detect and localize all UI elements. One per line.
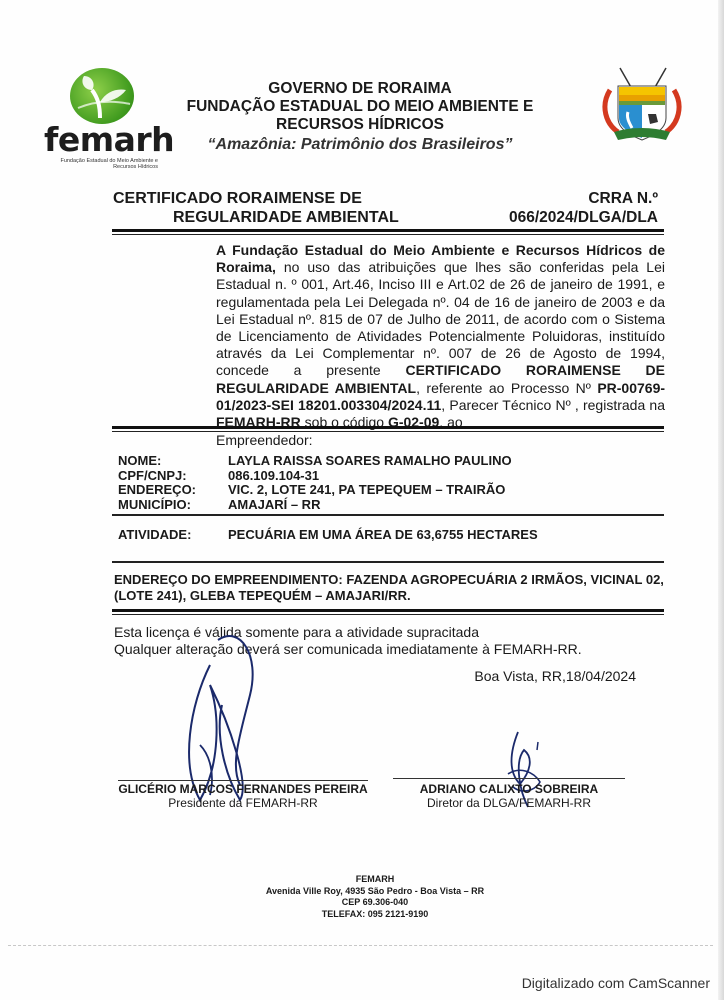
number-label: CRRA N.º [509,189,658,208]
signature-line-president [118,780,368,781]
activity-row: ATIVIDADE: PECUÁRIA EM UMA ÁREA DE 63,67… [118,527,538,542]
certificate-number: CRRA N.º 066/2024/DLGA/DLA [509,189,658,227]
title-divider [112,229,664,232]
field-value: 086.109.104-31 [228,469,319,484]
title-line1: CERTIFICADO RORAIMENSE DE [113,189,399,208]
field-value: LAYLA RAISSA SOARES RAMALHO PAULINO [228,454,512,469]
fields-divider [112,514,664,516]
field-key: NOME: [118,454,228,469]
validity-notice: Esta licença é válida somente para a ati… [114,624,582,658]
place-date: Boa Vista, RR,18/04/2024 [474,668,636,684]
activity-value: PECUÁRIA EM UMA ÁREA DE 63,6755 HECTARES [228,527,538,542]
address-divider [112,609,664,612]
field-row-municipality: MUNICÍPIO: AMAJARÍ – RR [118,498,512,513]
footer-dashed-rule [8,945,713,946]
field-value: AMAJARÍ – RR [228,498,320,513]
footer-phone: TELEFAX: 095 2121-9190 [230,909,520,921]
entrepreneur-label: Empreendedor: [216,432,313,448]
activity-key: ATIVIDADE: [118,527,228,542]
director-name: ADRIANO CALIXTO SOBREIRA [393,782,625,796]
footer-org: FEMARH [230,874,520,886]
logo-wordmark: femarh [44,120,174,159]
foundation-name-line1: FUNDAÇÃO ESTADUAL DO MEIO AMBIENTE E [170,98,550,116]
notice-line1: Esta licença é válida somente para a ati… [114,624,582,641]
entrepreneur-fields: NOME: LAYLA RAISSA SOARES RAMALHO PAULIN… [118,454,512,512]
body-text: , referente ao Processo Nº [416,380,597,396]
footer-cep: CEP 69.306-040 [230,897,520,909]
body-divider [112,426,664,429]
field-row-address: ENDEREÇO: VIC. 2, LOTE 241, PA TEPEQUEM … [118,483,512,498]
president-role: Presidente da FEMARH-RR [118,796,368,810]
slogan: “Amazônia: Patrimônio dos Brasileiros” [170,134,550,156]
camscanner-watermark: Digitalizado com CamScanner [522,975,710,991]
director-role: Diretor da DLGA/FEMARH-RR [393,796,625,810]
footer-contact: FEMARH Avenida Ville Roy, 4935 São Pedro… [230,874,520,920]
field-key: ENDEREÇO: [118,483,228,498]
footer-address: Avenida Ville Roy, 4935 São Pedro - Boa … [230,886,520,898]
logo-subtitle: Fundação Estadual do Meio Ambiente e Rec… [46,158,158,170]
coat-of-arms-icon [596,66,688,146]
activity-divider [112,561,664,563]
femarh-logo: femarh Fundação Estadual do Meio Ambient… [44,66,164,166]
leaf-icon [70,68,134,124]
scan-edge-shadow [718,0,724,1000]
president-name: GLICÉRIO MARCOS FERNANDES PEREIRA [118,782,368,796]
field-value: VIC. 2, LOTE 241, PA TEPEQUEM – TRAIRÃO [228,483,505,498]
certificate-page: femarh Fundação Estadual do Meio Ambient… [0,0,724,1000]
body-text: no uso das atribuições que lhes são conf… [216,259,665,378]
certificate-body: A Fundação Estadual do Meio Ambiente e R… [216,242,665,431]
field-key: MUNICÍPIO: [118,498,228,513]
field-row-name: NOME: LAYLA RAISSA SOARES RAMALHO PAULIN… [118,454,512,469]
foundation-name-line2: RECURSOS HÍDRICOS [170,116,550,134]
letterhead: GOVERNO DE RORAIMA FUNDAÇÃO ESTADUAL DO … [170,80,550,156]
notice-line2: Qualquer alteração deverá ser comunicada… [114,641,582,658]
signature-line-director [393,778,625,779]
title-line2: REGULARIDADE AMBIENTAL [113,208,399,227]
certificate-title: CERTIFICADO RORAIMENSE DE REGULARIDADE A… [113,189,399,227]
number-value: 066/2024/DLGA/DLA [509,208,658,227]
field-row-cpf: CPF/CNPJ: 086.109.104-31 [118,469,512,484]
body-text: , Parecer Técnico Nº , registrada na [441,397,665,413]
enterprise-address: ENDEREÇO DO EMPREENDIMENTO: FAZENDA AGRO… [114,572,666,604]
government-name: GOVERNO DE RORAIMA [170,80,550,98]
field-key: CPF/CNPJ: [118,469,228,484]
